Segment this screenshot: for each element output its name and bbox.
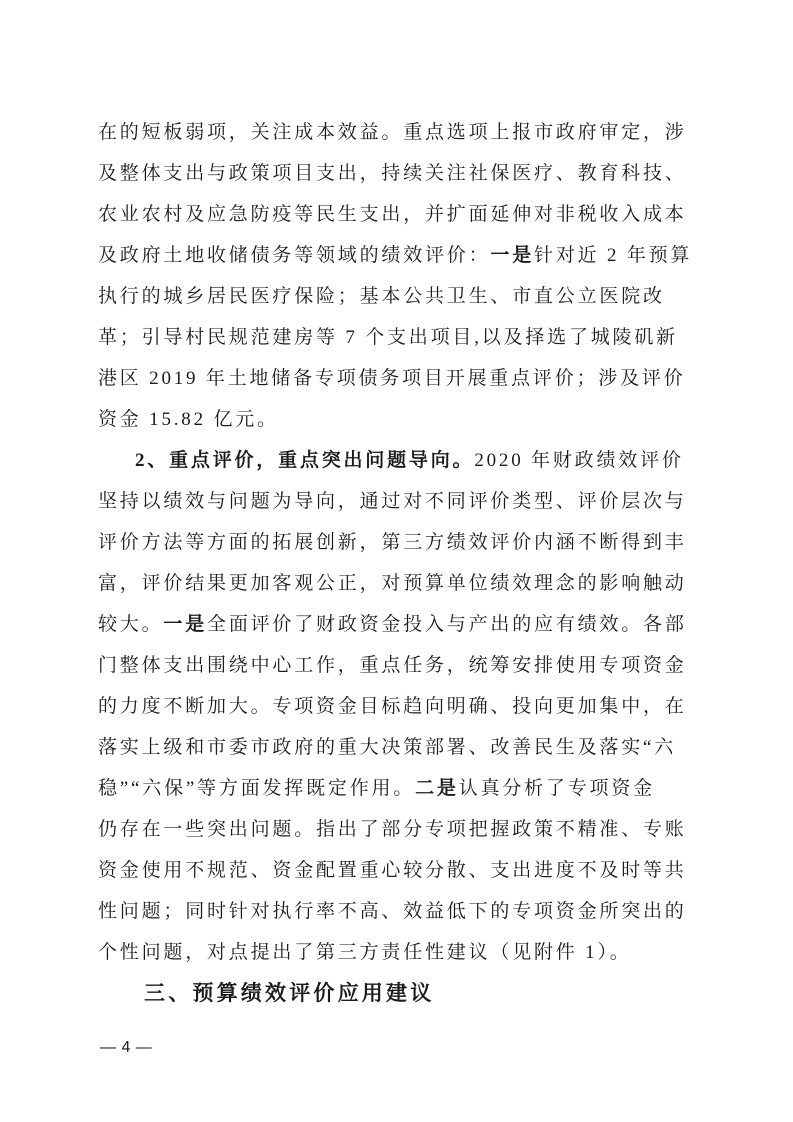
text-line: 门整体支出围绕中心工作，重点任务，统筹安排使用专项资金 (98, 645, 698, 686)
page-number: — 4 — (100, 1038, 152, 1058)
text-segment: 针对近 2 年预算 (534, 245, 692, 266)
text-line: 较大。一是全面评价了财政资金投入与产出的应有绩效。各部 (98, 604, 698, 645)
section-heading: 三、预算绩效评价应用建议 (98, 973, 698, 1014)
text-segment: 较大。 (98, 614, 163, 635)
text-line: 稳”“六保”等方面发挥既定作用。二是认真分析了专项资金 (98, 768, 698, 809)
text-line: 的力度不断加大。专项资金目标趋向明确、投向更加集中，在 (98, 686, 698, 727)
text-segment: 执行的城乡居民医疗保险；基本公共卫生、市直公立医院改 (98, 286, 665, 307)
text-segment: 2020 年财政绩效评价 (474, 450, 683, 471)
bold-text-segment: 一是 (490, 245, 534, 266)
bold-text-segment: 一是 (163, 614, 207, 635)
text-segment: 资金 15.82 亿元。 (98, 409, 279, 430)
text-segment: 落实上级和市委市政府的重大决策部署、改善民生及落实“六 (98, 737, 676, 758)
text-line: 资金使用不规范、资金配置重心较分散、支出进度不及时等共 (98, 850, 698, 891)
text-segment: 仍存在一些突出问题。指出了部分专项把握政策不精准、专账 (98, 819, 687, 840)
text-segment: 性问题；同时针对执行率不高、效益低下的专项资金所突出的 (98, 901, 687, 922)
text-line: 及整体支出与政策项目支出，持续关注社保医疗、教育科技、 (98, 153, 698, 194)
text-segment: 革；引导村民规范建房等 7 个支出项目,以及择选了城陵矶新 (98, 327, 678, 348)
text-segment: 港区 2019 年土地储备专项债务项目开展重点评价；涉及评价 (98, 368, 686, 389)
text-line: 富，评价结果更加客观公正，对预算单位绩效理念的影响触动 (98, 563, 698, 604)
text-line: 个性问题，对点提出了第三方责任性建议（见附件 1）。 (98, 932, 698, 973)
text-segment: 评价方法等方面的拓展创新，第三方绩效评价内涵不断得到丰 (98, 532, 687, 553)
text-line: 资金 15.82 亿元。 (98, 399, 698, 440)
text-segment: 全面评价了财政资金投入与产出的应有绩效。各部 (207, 614, 687, 635)
text-segment: 个性问题，对点提出了第三方责任性建议（见附件 1）。 (98, 942, 632, 963)
text-line: 农业农村及应急防疫等民生支出，并扩面延伸对非税收入成本 (98, 194, 698, 235)
text-line: 性问题；同时针对执行率不高、效益低下的专项资金所突出的 (98, 891, 698, 932)
text-line: 评价方法等方面的拓展创新，第三方绩效评价内涵不断得到丰 (98, 522, 698, 563)
text-segment: 在的短板弱项，关注成本效益。重点选项上报市政府审定，涉 (98, 122, 687, 143)
text-segment: 农业农村及应急防疫等民生支出，并扩面延伸对非税收入成本 (98, 204, 687, 225)
bold-text-segment: 2、重点评价，重点突出问题导向。 (135, 450, 474, 471)
text-line: 执行的城乡居民医疗保险；基本公共卫生、市直公立医院改 (98, 276, 698, 317)
text-segment: 稳”“六保”等方面发挥既定作用。 (98, 778, 415, 799)
text-segment: 的力度不断加大。专项资金目标趋向明确、投向更加集中，在 (98, 696, 687, 717)
bold-text-segment: 二是 (415, 778, 459, 799)
text-line: 仍存在一些突出问题。指出了部分专项把握政策不精准、专账 (98, 809, 698, 850)
text-line: 2、重点评价，重点突出问题导向。2020 年财政绩效评价 (98, 440, 698, 481)
text-line: 坚持以绩效与问题为导向，通过对不同评价类型、评价层次与 (98, 481, 698, 522)
text-segment: 及政府土地收储债务等领域的绩效评价： (98, 245, 490, 266)
text-line: 港区 2019 年土地储备专项债务项目开展重点评价；涉及评价 (98, 358, 698, 399)
document-page: 在的短板弱项，关注成本效益。重点选项上报市政府审定，涉及整体支出与政策项目支出，… (0, 0, 793, 1122)
bold-text-segment: 三、预算绩效评价应用建议 (144, 982, 434, 1005)
text-segment: 认真分析了专项资金 (459, 778, 655, 799)
text-segment: 资金使用不规范、资金配置重心较分散、支出进度不及时等共 (98, 860, 687, 881)
text-segment: 门整体支出围绕中心工作，重点任务，统筹安排使用专项资金 (98, 655, 687, 676)
text-segment: 富，评价结果更加客观公正，对预算单位绩效理念的影响触动 (98, 573, 687, 594)
document-body: 在的短板弱项，关注成本效益。重点选项上报市政府审定，涉及整体支出与政策项目支出，… (98, 112, 698, 1014)
text-line: 落实上级和市委市政府的重大决策部署、改善民生及落实“六 (98, 727, 698, 768)
text-segment: 坚持以绩效与问题为导向，通过对不同评价类型、评价层次与 (98, 491, 687, 512)
text-line: 革；引导村民规范建房等 7 个支出项目,以及择选了城陵矶新 (98, 317, 698, 358)
text-segment: 及整体支出与政策项目支出，持续关注社保医疗、教育科技、 (98, 163, 687, 184)
text-line: 在的短板弱项，关注成本效益。重点选项上报市政府审定，涉 (98, 112, 698, 153)
text-line: 及政府土地收储债务等领域的绩效评价：一是针对近 2 年预算 (98, 235, 698, 276)
